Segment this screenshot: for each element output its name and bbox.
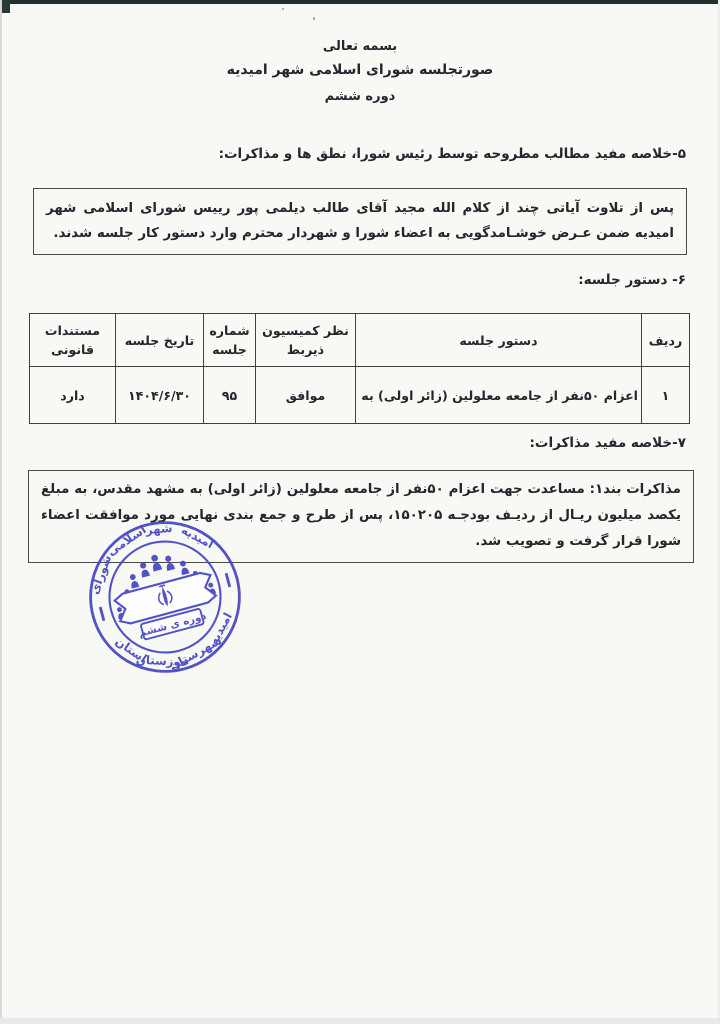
section5-body-box: پس از تلاوت آیاتی چند از کلام الله مجید … bbox=[33, 188, 687, 255]
scan-left-edge bbox=[0, 0, 2, 1024]
cell-radif: ۱ bbox=[642, 367, 690, 424]
header-nazar-komision: نظر کمیسیون ذیربط bbox=[256, 314, 356, 367]
section6-heading: ۶- دستور جلسه: bbox=[578, 272, 686, 288]
cell-dastur-jalase: اعزام ۵۰نفر از جامعه معلولین (زائر اولی)… bbox=[356, 367, 642, 424]
scan-speck bbox=[282, 8, 284, 10]
iran-emblem-icon bbox=[156, 584, 174, 606]
header-radif: ردیف bbox=[642, 314, 690, 367]
agenda-table: ردیف دستور جلسه نظر کمیسیون ذیربط شماره … bbox=[29, 313, 690, 424]
stamp-term-text: دوره ی ششم bbox=[137, 610, 207, 640]
section7-heading: ۷-خلاصه مفید مذاکرات: bbox=[530, 435, 686, 451]
stamp-arc-word: امیدیه bbox=[206, 610, 235, 647]
scan-speck bbox=[313, 17, 315, 20]
header-mostanadat: مستندات قانونی bbox=[30, 314, 116, 367]
stamp-left-tick bbox=[99, 607, 105, 621]
stamp-arc-word: شهرستان bbox=[167, 633, 225, 674]
scan-bottom-edge bbox=[0, 1018, 720, 1024]
agenda-header-row: ردیف دستور جلسه نظر کمیسیون ذیربط شماره … bbox=[30, 314, 690, 367]
stamp-arc-word: خوزستان bbox=[135, 653, 189, 671]
stamp-term-ribbon bbox=[141, 608, 204, 639]
section5-heading: ۵-خلاصه مفید مطالب مطروحه توسط رئیس شورا… bbox=[219, 146, 686, 162]
stamp-right-tick bbox=[225, 573, 231, 587]
cell-nazar-komision: موافق bbox=[256, 367, 356, 424]
agenda-row-1: ۱ اعزام ۵۰نفر از جامعه معلولین (زائر اول… bbox=[30, 367, 690, 424]
header-dastur-jalase: دستور جلسه bbox=[356, 314, 642, 367]
header-shomare-jalase: شماره جلسه bbox=[204, 314, 256, 367]
cell-shomare-jalase: ۹۵ bbox=[204, 367, 256, 424]
document-title: صورتجلسه شورای اسلامی شهر امیدیه bbox=[0, 62, 720, 78]
stamp-center-banner bbox=[113, 570, 217, 625]
scanned-document-page: بسمه تعالی صورتجلسه شورای اسلامی شهر امی… bbox=[0, 0, 720, 1024]
scan-top-edge bbox=[0, 0, 720, 4]
stamp-arc-word: استان bbox=[113, 634, 150, 666]
cell-mostanadat: دارد bbox=[30, 367, 116, 424]
section7-body-box: مذاکرات بند۱: مساعدت جهت اعزام ۵۰نفر از … bbox=[28, 470, 694, 563]
council-term: دوره ششم bbox=[0, 89, 720, 104]
bismillah-line: بسمه تعالی bbox=[0, 39, 720, 54]
header-tarikh-jalase: تاریخ جلسه bbox=[116, 314, 204, 367]
cell-tarikh-jalase: ۱۴۰۴/۶/۳۰ bbox=[116, 367, 204, 424]
